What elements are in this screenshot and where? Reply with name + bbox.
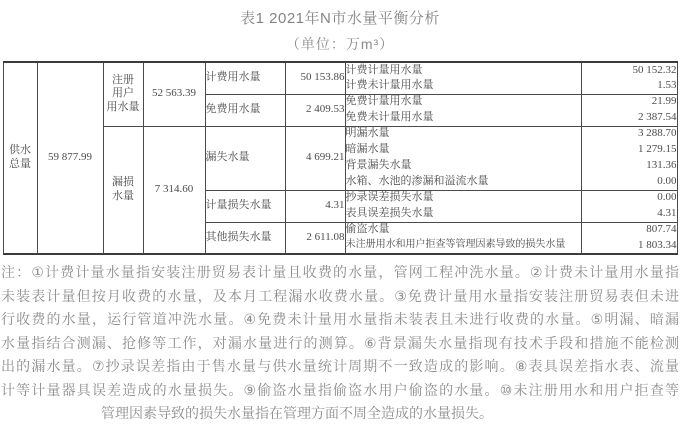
detail-value-cell: 3 288.70 — [581, 126, 677, 142]
note-line: 行收费的水量，运行管道冲洗水量。④免费未计量用水量指未装表且未进行收费的水量。⑤… — [0, 308, 680, 332]
mid-value-cell: 50 153.86 — [285, 62, 345, 94]
mid-value-cell: 4.31 — [285, 190, 345, 222]
detail-label-cell: 未注册用水和用户拒查等管理因素导致的损失水量 — [345, 238, 581, 254]
detail-label-cell: 暗漏水量 — [345, 142, 581, 158]
detail-label-cell: 免费计量用水量 — [345, 94, 581, 110]
table-unit-subtitle: （单位：万m³） — [0, 34, 680, 54]
detail-label-cell: 表具误差损失水量 — [345, 206, 581, 222]
note-line: 出的漏水量。⑦抄录误差指由于售水量与供水量统计周期不一致造成的影响。⑧表具误差指… — [0, 355, 680, 379]
detail-label-cell: 计费计量用水量 — [345, 62, 581, 78]
detail-value-cell: 1 803.34 — [581, 238, 677, 254]
mid-label-cell: 免费用水量 — [205, 94, 285, 126]
detail-value-cell: 21.99 — [581, 94, 677, 110]
detail-label-cell: 水箱、水池的渗漏和溢流水量 — [345, 174, 581, 190]
leakage-loss-label-cell: 漏损 水量 — [103, 126, 143, 254]
leakage-loss-value-cell: 7 314.60 — [143, 126, 205, 254]
document-page: 表1 2021年N市水量平衡分析 （单位：万m³） 供水 总量 59 877.9… — [0, 0, 680, 433]
detail-label-cell: 免费未计量用水量 — [345, 110, 581, 126]
mid-label-cell: 计费用水量 — [205, 62, 285, 94]
note-line: 未装表计量但按月收费的水量，及本月工程漏水收费水量。③免费计量用水量指安装注册贸… — [0, 285, 680, 309]
note-line: 计等计量器具误差造成的水量损失。⑨偷盗水量指偷盗水用户偷盗的水量。⑩未注册用水和… — [0, 379, 680, 403]
detail-label-cell: 偷盗水量 — [345, 222, 581, 238]
registered-users-label-cell: 注册 用户 用水量 — [103, 62, 143, 126]
mid-value-cell: 2 611.08 — [285, 222, 345, 254]
detail-value-cell: 2 387.54 — [581, 110, 677, 126]
supply-total-label-cell: 供水 总量 — [3, 62, 37, 254]
supply-total-value-cell: 59 877.99 — [37, 62, 103, 254]
water-balance-table: 供水 总量 59 877.99 注册 用户 用水量 52 563.39 计费用水… — [3, 61, 678, 255]
detail-value-cell: 807.74 — [581, 222, 677, 238]
detail-label-cell: 计费未计量用水量 — [345, 78, 581, 94]
mid-value-cell: 2 409.53 — [285, 94, 345, 126]
mid-value-cell: 4 699.21 — [285, 126, 345, 190]
footnotes: 注：①计费计量水量指安装注册贸易表计量且收费的水量，管网工程冲洗水量。②计费未计… — [0, 261, 680, 426]
detail-value-cell: 50 152.32 — [581, 62, 677, 78]
detail-label-cell: 明漏水量 — [345, 126, 581, 142]
note-line: 水量指结合测漏、抢修等工作，对漏水量进行的测算。⑥背景漏失水量指现有技术手段和措… — [0, 332, 680, 356]
detail-value-cell: 0.00 — [581, 174, 677, 190]
mid-label-cell: 其他损失水量 — [205, 222, 285, 254]
detail-value-cell: 4.31 — [581, 206, 677, 222]
detail-label-cell: 抄录误差损失水量 — [345, 190, 581, 206]
detail-value-cell: 1 279.15 — [581, 142, 677, 158]
detail-value-cell: 1.53 — [581, 78, 677, 94]
mid-label-cell: 计量损失水量 — [205, 190, 285, 222]
detail-label-cell: 背景漏失水量 — [345, 158, 581, 174]
table-title: 表1 2021年N市水量平衡分析 — [0, 0, 680, 28]
note-line: 管理因素导致的损失水量指在管理方面不周全造成的水量损失。 — [100, 402, 680, 426]
registered-users-value-cell: 52 563.39 — [143, 62, 205, 126]
detail-value-cell: 0.00 — [581, 190, 677, 206]
detail-value-cell: 131.36 — [581, 158, 677, 174]
mid-label-cell: 漏失水量 — [205, 126, 285, 190]
note-line: 注：①计费计量水量指安装注册贸易表计量且收费的水量，管网工程冲洗水量。②计费未计… — [0, 261, 680, 285]
